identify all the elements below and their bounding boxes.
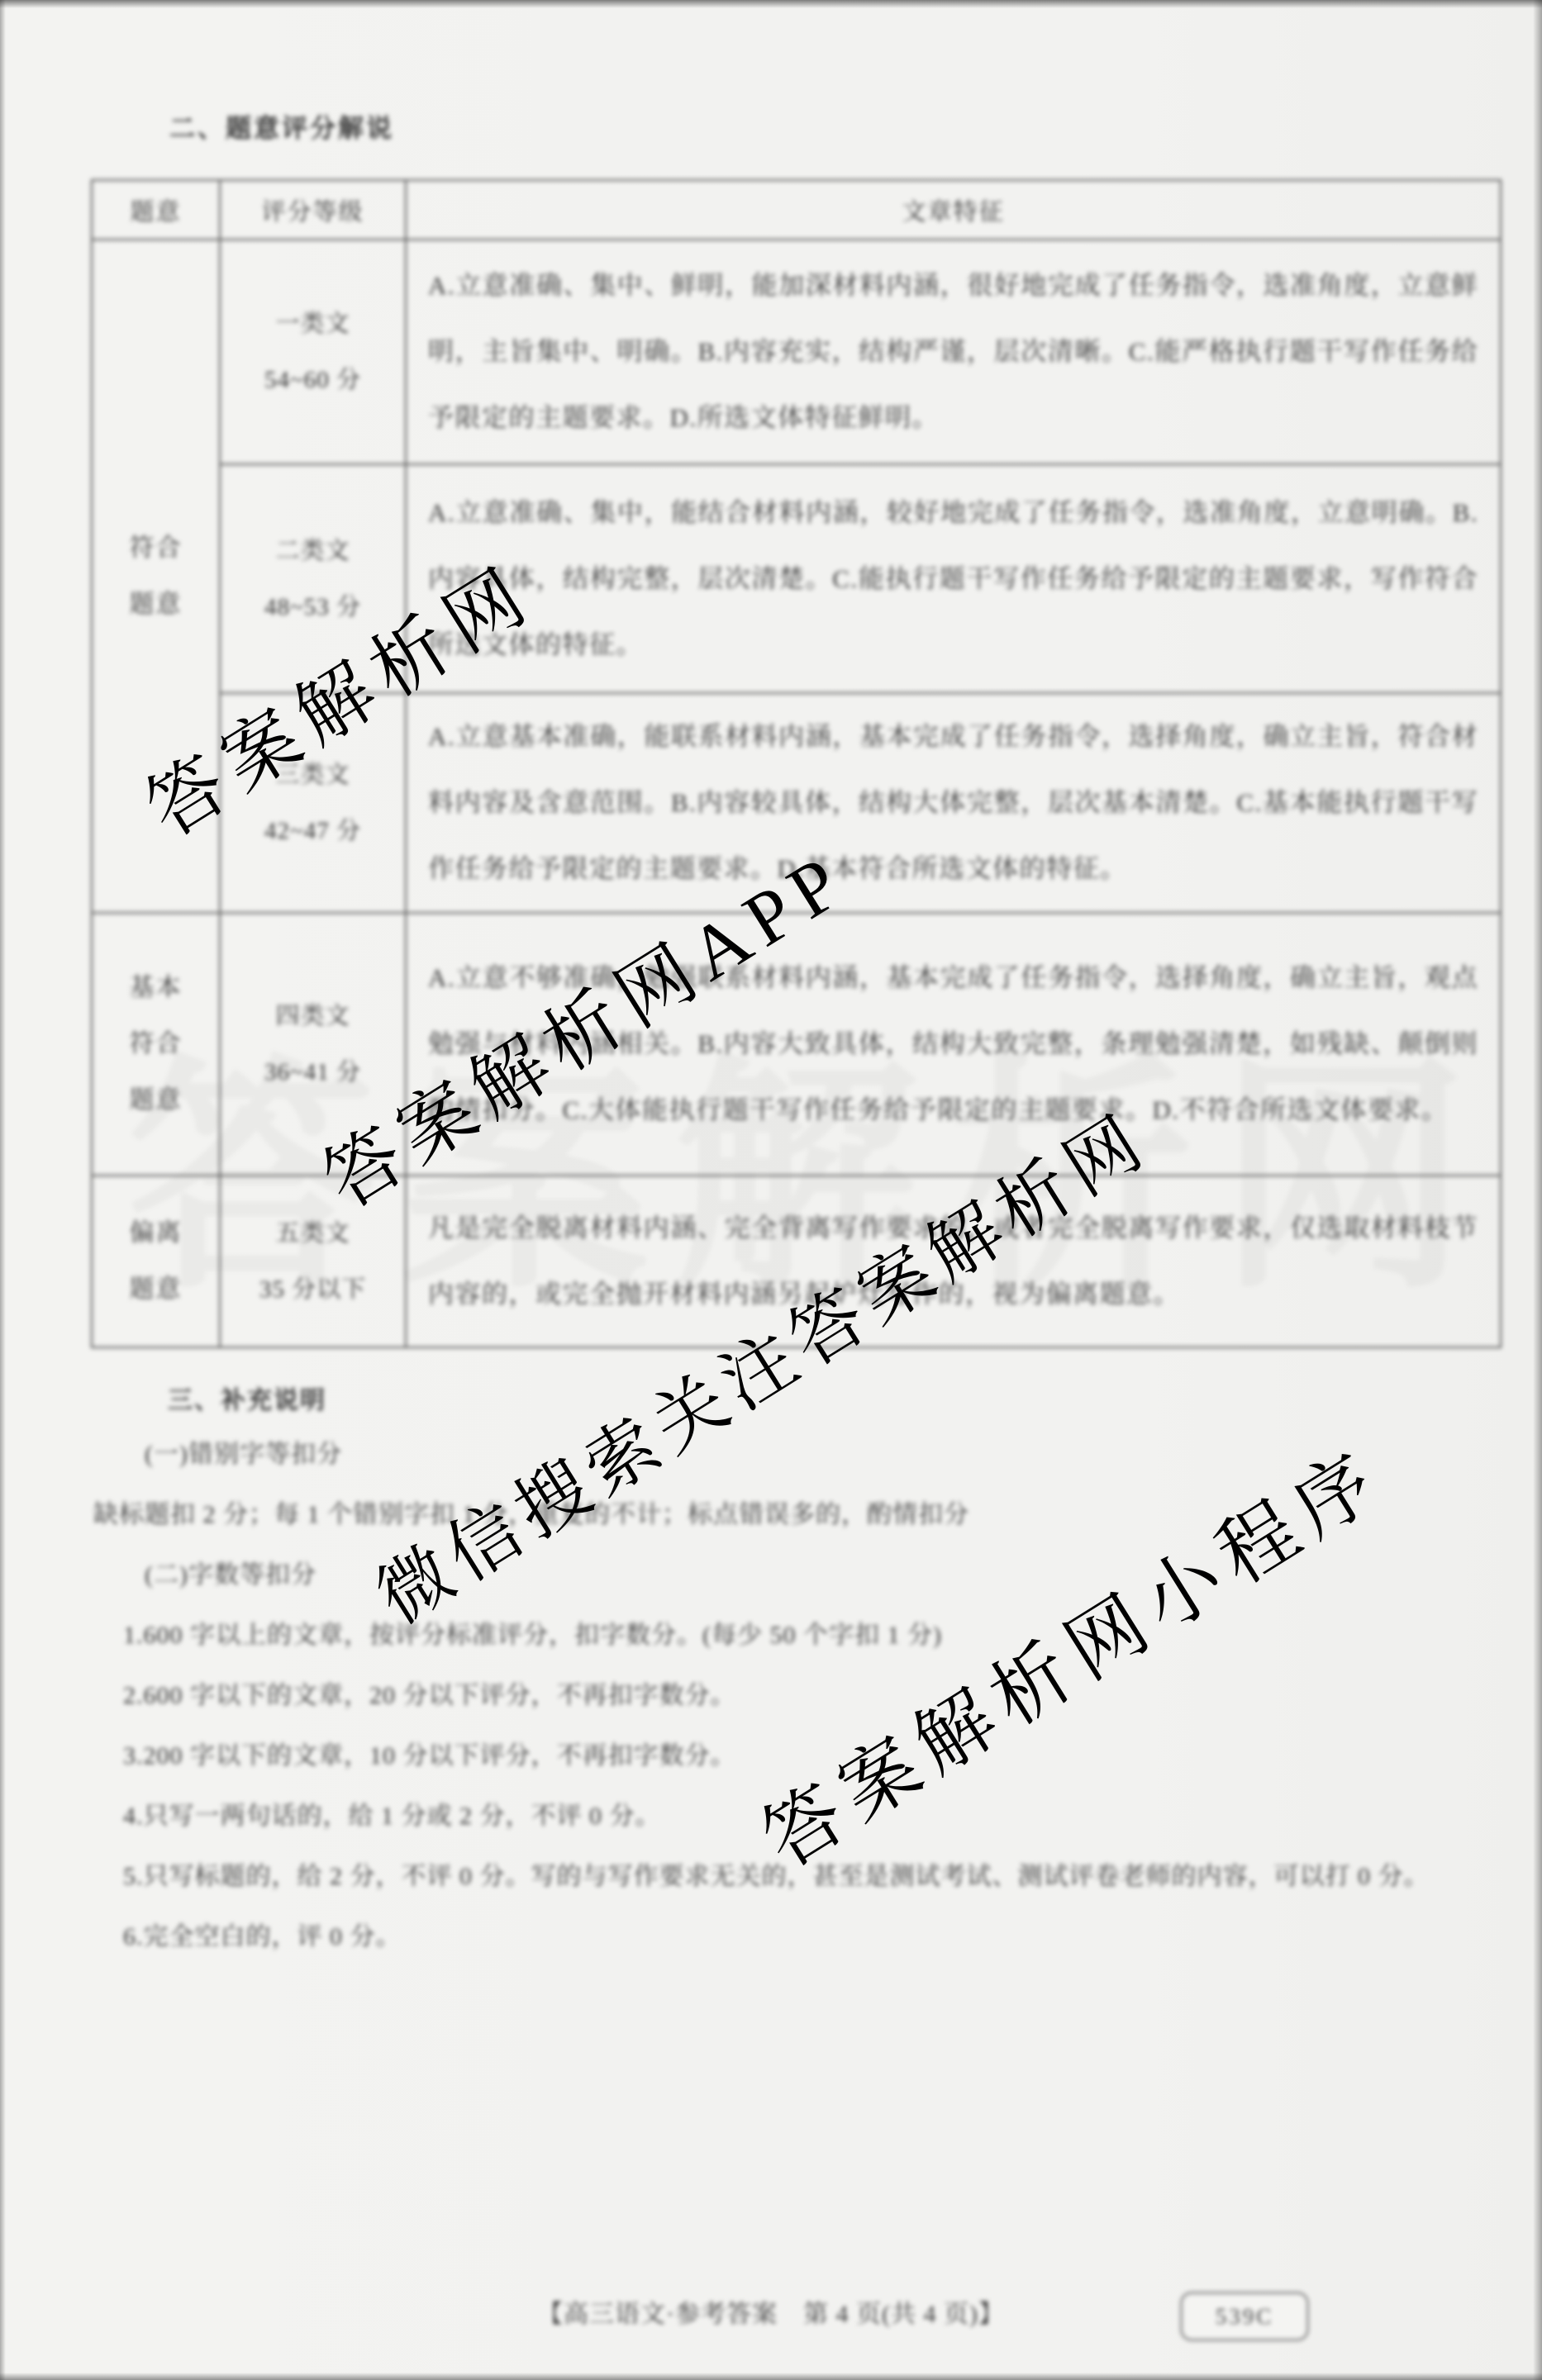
paper-code-badge: 539C: [1180, 2292, 1309, 2341]
grade-name: 二类文: [221, 523, 404, 579]
note-line-4: 1.600 字以上的文章，按评分标准评分，扣字数分。(每少 50 个字扣 1 分…: [93, 1605, 1453, 1665]
col-header-grade: 评分等级: [220, 180, 406, 240]
table-header-row: 题意 评分等级 文章特征: [92, 180, 1501, 240]
document-page: 答案解析网 二、题意评分解说 题意 评分等级 文章特征 符合 题意 一类文 54…: [0, 0, 1542, 2380]
note-line-9: 6.完全空白的，评 0 分。: [93, 1907, 1453, 1967]
section-title-grading: 二、题意评分解说: [169, 0, 1542, 145]
col-header-topic: 题意: [92, 180, 220, 240]
features-text: A.立意准确、集中、鲜明，能加深材料内涵，很好地完成了任务指令，选准角度，立意鲜…: [428, 253, 1478, 451]
features-text: A.立意基本准确，能联系材料内涵，基本完成了任务指令，选择角度，确立主旨，符合材…: [428, 704, 1478, 902]
note-line-8: 5.只写标题的，给 2 分，不评 0 分。写的与写作要求无关的，甚至是测试考试、…: [93, 1846, 1453, 1907]
grade-score: 54~60 分: [221, 352, 404, 408]
grade-name: 一类文: [221, 296, 404, 352]
col-header-features: 文章特征: [406, 180, 1501, 240]
scanned-document: 答案解析网 二、题意评分解说 题意 评分等级 文章特征 符合 题意 一类文 54…: [0, 0, 1542, 2380]
table-row: 符合 题意 一类文 54~60 分 A.立意准确、集中、鲜明，能加深材料内涵，很…: [92, 240, 1501, 464]
features-cell-class2: A.立意准确、集中，能结合材料内涵，较好地完成了任务指令，选准角度，立意明确。B…: [406, 464, 1501, 693]
grade-cell-class1: 一类文 54~60 分: [220, 240, 406, 464]
note-line-5: 2.600 字以下的文章，20 分以下评分，不再扣字数分。: [93, 1665, 1453, 1726]
features-cell-class3: A.立意基本准确，能联系材料内涵，基本完成了任务指令，选择角度，确立主旨，符合材…: [406, 693, 1501, 913]
features-cell-class1: A.立意准确、集中、鲜明，能加深材料内涵，很好地完成了任务指令，选准角度，立意鲜…: [406, 240, 1501, 464]
features-text: A.立意准确、集中，能结合材料内涵，较好地完成了任务指令，选准角度，立意明确。B…: [428, 480, 1478, 678]
page-footer: 【高三语文·参考答案 第 4 页(共 4 页)】: [0, 2293, 1542, 2330]
